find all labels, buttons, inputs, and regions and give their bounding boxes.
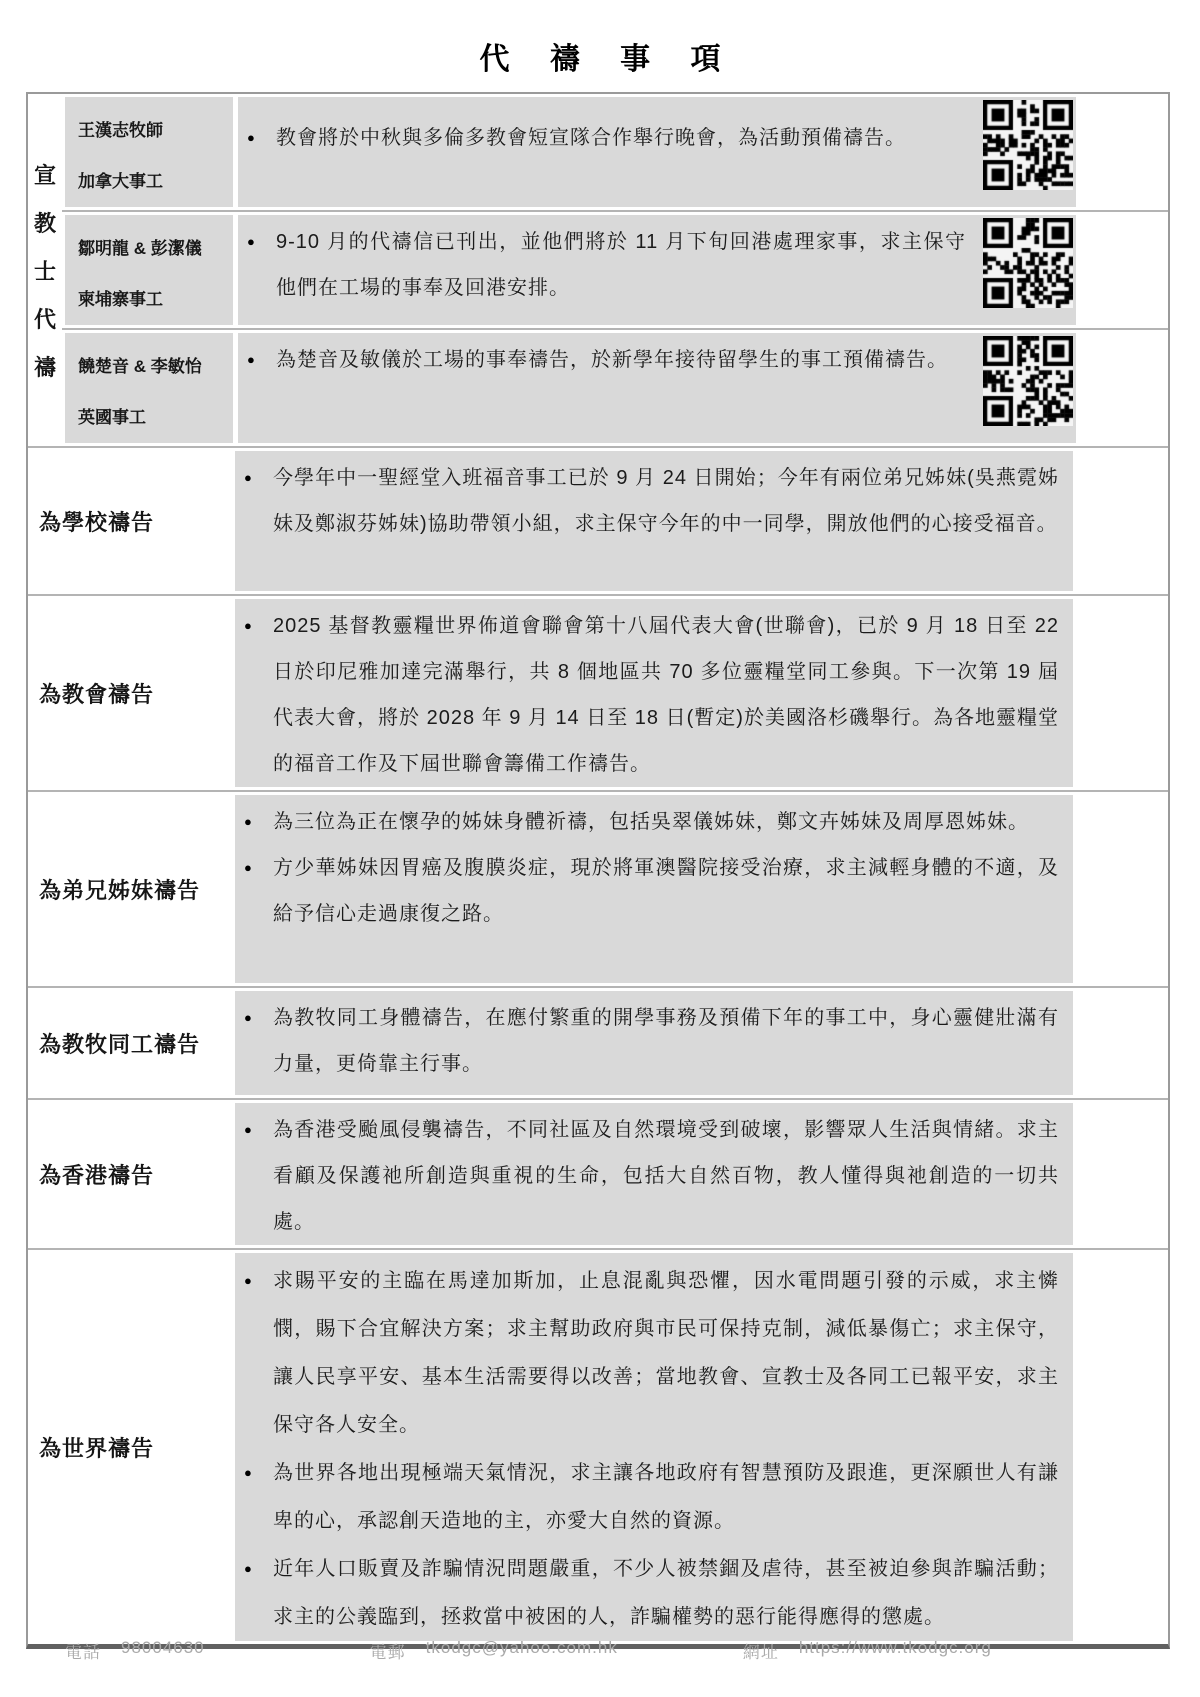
prayer-item: 2025 基督教靈糧世界佈道會聯會第十八屆代表大會(世聯會)，已於 9 月 18… [235,603,1073,787]
section-header: 為教牧同工禱告 [28,988,235,1098]
section-content-cell: 2025 基督教靈糧世界佈道會聯會第十八屆代表大會(世聯會)，已於 9 月 18… [235,599,1073,787]
missionary-name: 饒楚音 & 李敏怡 [78,341,233,392]
qr-code-icon [983,218,1073,308]
prayer-item: 近年人口販賣及詐騙情況問題嚴重，不少人被禁錮及虐待，甚至被迫參與詐騙活動；求主的… [235,1545,1073,1641]
prayer-item: 方少華姊妹因胃癌及腹膜炎症，現於將軍澳醫院接受治療，求主減輕身體的不適，及給予信… [235,845,1073,937]
website-value: https://www.tkodgc.org [799,1638,992,1663]
prayer-item: 為香港受颱風侵襲禱告，不同社區及自然環境受到破壞，影響眾人生活與情緒。求主看顧及… [235,1107,1073,1245]
website-label: 網址 [743,1638,779,1663]
section-content-cell: 今學年中一聖經堂入班福音事工已於 9 月 24 日開始；今年有兩位弟兄姊妹(吳燕… [235,451,1073,591]
missionary-name: 王漢志牧師 [78,105,233,156]
prayer-text: 近年人口販賣及詐騙情況問題嚴重，不少人被禁錮及虐待，甚至被迫參與詐騙活動；求主的… [273,1545,1073,1641]
prayer-text: 為世界各地出現極端天氣情況，求主讓各地政府有智慧預防及跟進，更深願世人有謙卑的心… [273,1449,1073,1545]
section-header: 為世界禱告 [28,1250,235,1644]
missionary-name: 鄒明龍 & 彭潔儀 [78,223,233,274]
missionary-row-uk: 饒楚音 & 李敏怡 英國事工 為楚音及敏儀於工場的事奉禱告，於新學年接待留學生的… [62,328,1168,446]
prayer-item: 為教牧同工身體禱告，在應付繁重的開學事務及預備下年的事工中，身心靈健壯滿有力量，… [235,995,1073,1087]
prayer-item: 為世界各地出現極端天氣情況，求主讓各地政府有智慧預防及跟進，更深願世人有謙卑的心… [235,1449,1073,1545]
bullet-icon [235,799,273,845]
bullet-icon [235,1449,273,1545]
footer-phone: 電話 98004630 [65,1638,205,1663]
section-header: 為弟兄姊妹禱告 [28,792,235,986]
email-label: 電郵 [370,1638,406,1663]
section-header: 為教會禱告 [28,596,235,790]
prayer-text: 9-10 月的代禱信已刊出，並他們將於 11 月下旬回港處理家事，求主保守他們在… [276,219,1076,311]
bullet-icon [235,455,273,547]
missionary-name-cell: 鄒明龍 & 彭潔儀 柬埔寨事工 [65,215,233,325]
qr-code-icon [983,100,1073,190]
prayer-text: 為教牧同工身體禱告，在應付繁重的開學事務及預備下年的事工中，身心靈健壯滿有力量，… [273,995,1073,1087]
prayer-text: 為三位為正在懷孕的姊妹身體祈禱，包括吳翠儀姊妹，鄭文卉姊妹及周厚恩姊妹。 [273,799,1073,845]
section-hong-kong: 為香港禱告 為香港受颱風侵襲禱告，不同社區及自然環境受到破壞，影響眾人生活與情緒… [28,1098,1168,1248]
bullet-icon [235,1107,273,1245]
section-content-cell: 為教牧同工身體禱告，在應付繁重的開學事務及預備下年的事工中，身心靈健壯滿有力量，… [235,991,1073,1095]
prayer-text: 方少華姊妹因胃癌及腹膜炎症，現於將軍澳醫院接受治療，求主減輕身體的不適，及給予信… [273,845,1073,937]
missionary-row-cambodia: 鄒明龍 & 彭潔儀 柬埔寨事工 9-10 月的代禱信已刊出，並他們將於 11 月… [62,210,1168,328]
prayer-text: 今學年中一聖經堂入班福音事工已於 9 月 24 日開始；今年有兩位弟兄姊妹(吳燕… [273,455,1073,547]
footer-email: 電郵 tkodgc@yahoo.com.hk [370,1638,618,1663]
bullet-icon [238,337,276,383]
prayer-text: 求賜平安的主臨在馬達加斯加，止息混亂與恐懼，因水電問題引發的示威，求主憐憫，賜下… [273,1257,1073,1449]
missionary-content-cell: 9-10 月的代禱信已刊出，並他們將於 11 月下旬回港處理家事，求主保守他們在… [238,215,1076,325]
phone-label: 電話 [65,1638,101,1663]
section-brothers-sisters: 為弟兄姊妹禱告 為三位為正在懷孕的姊妹身體祈禱，包括吳翠儀姊妹，鄭文卉姊妹及周厚… [28,790,1168,986]
missionary-row-canada: 王漢志牧師 加拿大事工 教會將於中秋與多倫多教會短宣隊合作舉行晚會，為活動預備禱… [62,94,1168,210]
bullet-icon [238,115,276,161]
prayer-item: 教會將於中秋與多倫多教會短宣隊合作舉行晚會，為活動預備禱告。 [238,115,1076,161]
section-school: 為學校禱告 今學年中一聖經堂入班福音事工已於 9 月 24 日開始；今年有兩位弟… [28,446,1168,594]
missionaries-vertical-label: 宣 教 士 代 禱 [28,94,62,446]
page-title: 代 禱 事 項 [0,0,1200,92]
prayer-text: 為楚音及敏儀於工場的事奉禱告，於新學年接待留學生的事工預備禱告。 [276,337,1076,383]
prayer-item: 9-10 月的代禱信已刊出，並他們將於 11 月下旬回港處理家事，求主保守他們在… [238,219,1076,311]
prayer-item: 為楚音及敏儀於工場的事奉禱告，於新學年接待留學生的事工預備禱告。 [238,337,1076,383]
qr-code-icon [983,336,1073,426]
phone-value: 98004630 [121,1638,205,1663]
prayer-item: 求賜平安的主臨在馬達加斯加，止息混亂與恐懼，因水電問題引發的示威，求主憐憫，賜下… [235,1257,1073,1449]
section-content-cell: 為三位為正在懷孕的姊妹身體祈禱，包括吳翠儀姊妹，鄭文卉姊妹及周厚恩姊妹。 方少華… [235,795,1073,983]
bullet-icon [235,1257,273,1449]
missionary-field: 柬埔寨事工 [78,274,233,325]
section-header: 為學校禱告 [28,448,235,594]
missionary-content-cell: 教會將於中秋與多倫多教會短宣隊合作舉行晚會，為活動預備禱告。 [238,97,1076,207]
prayer-item: 今學年中一聖經堂入班福音事工已於 9 月 24 日開始；今年有兩位弟兄姊妹(吳燕… [235,455,1073,547]
section-world: 為世界禱告 求賜平安的主臨在馬達加斯加，止息混亂與恐懼，因水電問題引發的示威，求… [28,1248,1168,1644]
section-content-cell: 求賜平安的主臨在馬達加斯加，止息混亂與恐懼，因水電問題引發的示威，求主憐憫，賜下… [235,1253,1073,1641]
prayer-text: 2025 基督教靈糧世界佈道會聯會第十八屆代表大會(世聯會)，已於 9 月 18… [273,603,1073,787]
contact-footer: 電話 98004630 電郵 tkodgc@yahoo.com.hk 網址 ht… [0,1638,1200,1663]
bullet-icon [238,219,276,311]
footer-website: 網址 https://www.tkodgc.org [743,1638,992,1663]
section-missionaries: 宣 教 士 代 禱 王漢志牧師 加拿大事工 教會將於中秋與多倫多教會短宣隊合作舉… [28,94,1168,446]
bullet-icon [235,995,273,1087]
missionary-content-cell: 為楚音及敏儀於工場的事奉禱告，於新學年接待留學生的事工預備禱告。 [238,333,1076,443]
section-content-cell: 為香港受颱風侵襲禱告，不同社區及自然環境受到破壞，影響眾人生活與情緒。求主看顧及… [235,1103,1073,1245]
bullet-icon [235,845,273,937]
prayer-item: 為三位為正在懷孕的姊妹身體祈禱，包括吳翠儀姊妹，鄭文卉姊妹及周厚恩姊妹。 [235,799,1073,845]
section-pastors: 為教牧同工禱告 為教牧同工身體禱告，在應付繁重的開學事務及預備下年的事工中，身心… [28,986,1168,1098]
prayer-table: 宣 教 士 代 禱 王漢志牧師 加拿大事工 教會將於中秋與多倫多教會短宣隊合作舉… [26,92,1170,1649]
section-church: 為教會禱告 2025 基督教靈糧世界佈道會聯會第十八屆代表大會(世聯會)，已於 … [28,594,1168,790]
prayer-text: 為香港受颱風侵襲禱告，不同社區及自然環境受到破壞，影響眾人生活與情緒。求主看顧及… [273,1107,1073,1245]
missionary-name-cell: 饒楚音 & 李敏怡 英國事工 [65,333,233,443]
bullet-icon [235,603,273,787]
email-value: tkodgc@yahoo.com.hk [426,1638,618,1663]
prayer-text: 教會將於中秋與多倫多教會短宣隊合作舉行晚會，為活動預備禱告。 [276,115,1076,161]
missionary-name-cell: 王漢志牧師 加拿大事工 [65,97,233,207]
section-header: 為香港禱告 [28,1100,235,1248]
missionary-field: 加拿大事工 [78,156,233,207]
missionary-field: 英國事工 [78,392,233,443]
bullet-icon [235,1545,273,1641]
